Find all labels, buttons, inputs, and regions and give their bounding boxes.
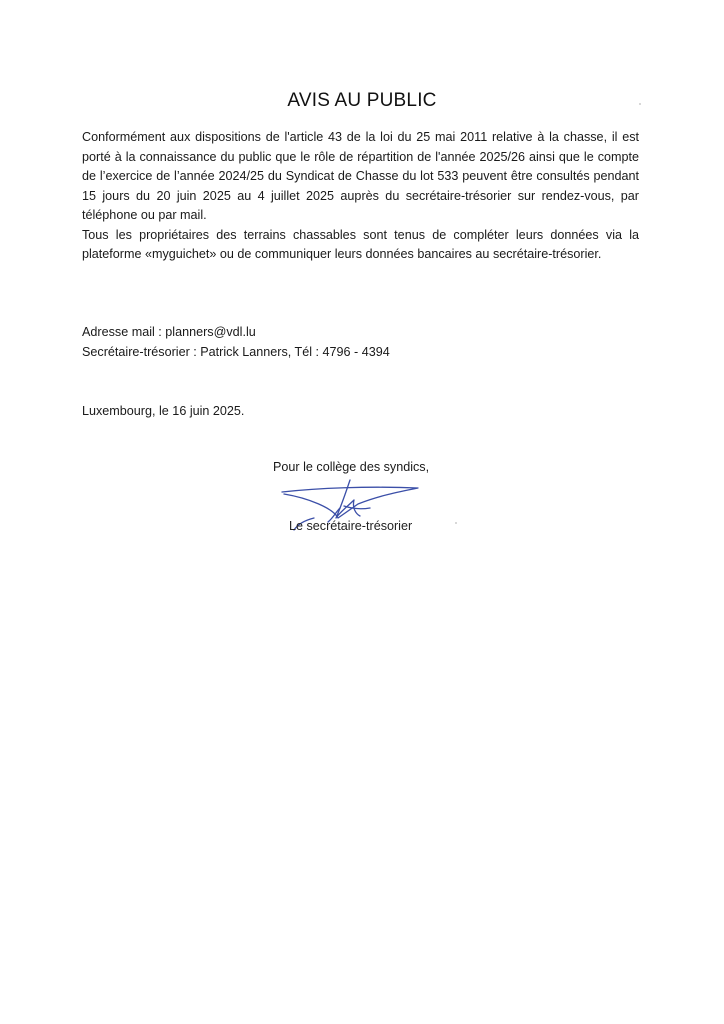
page-title: AVIS AU PUBLIC [0, 90, 724, 112]
secretary-line: Secrétaire-trésorier : Patrick Lanners, … [82, 342, 390, 362]
notice-body: Conformément aux dispositions de l'artic… [82, 128, 639, 265]
document-page: AVIS AU PUBLIC Conformément aux disposit… [0, 0, 724, 1024]
scan-speck [639, 103, 641, 105]
closing-line: Pour le collège des syndics, [273, 457, 429, 477]
paragraph-notice: Conformément aux dispositions de l'artic… [82, 128, 639, 226]
signer-title: Le secrétaire-trésorier [289, 516, 412, 536]
scan-speck [455, 522, 457, 524]
contact-block: Adresse mail : planners@vdl.lu Secrétair… [82, 322, 390, 362]
date-line: Luxembourg, le 16 juin 2025. [82, 401, 244, 421]
paragraph-owners: Tous les propriétaires des terrains chas… [82, 226, 639, 265]
email-line: Adresse mail : planners@vdl.lu [82, 322, 390, 342]
